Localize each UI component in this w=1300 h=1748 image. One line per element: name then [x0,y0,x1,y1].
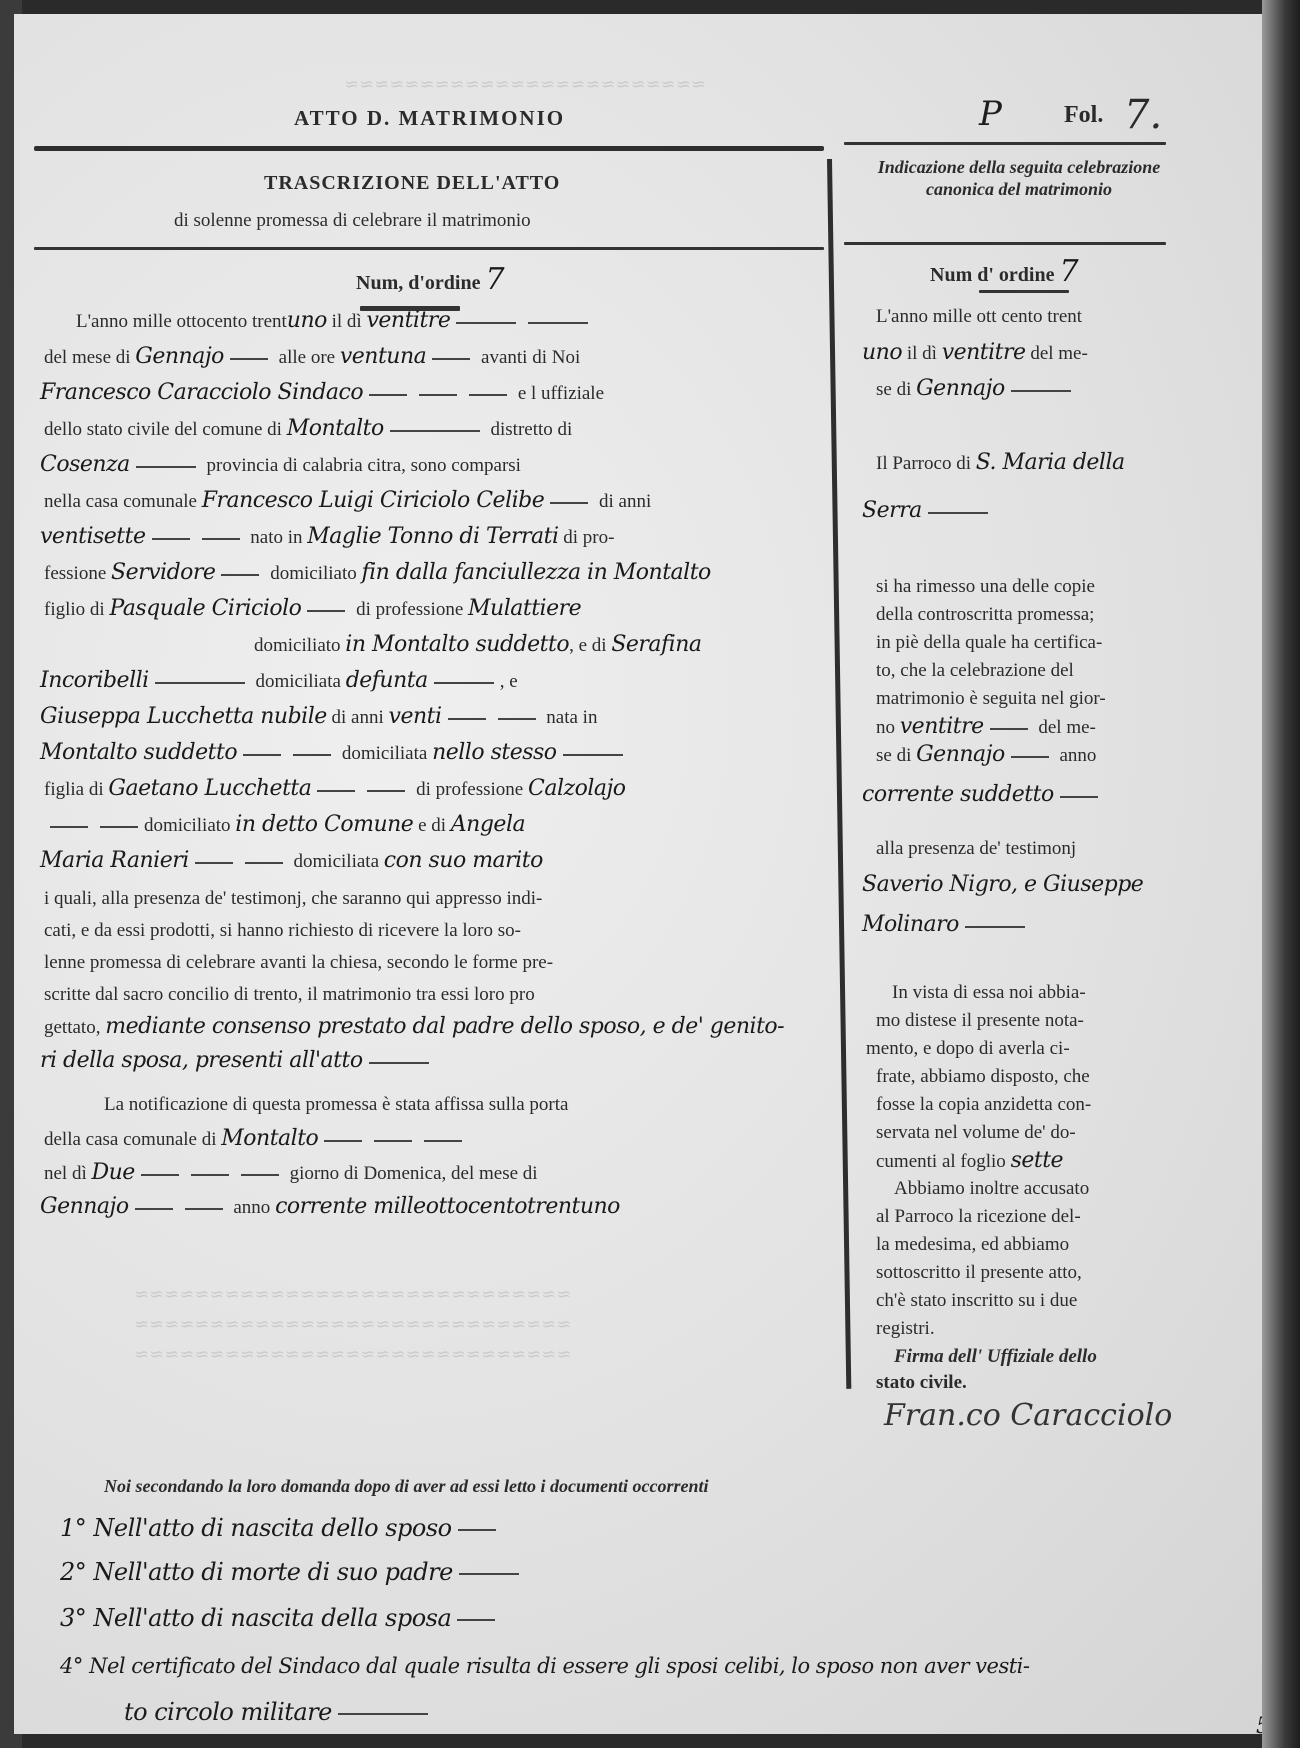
left-heading-rule [34,247,824,250]
paragraph-line: cati, e da essi prodotti, si hanno richi… [44,918,521,944]
folio-label: Fol. [1064,102,1103,129]
notification-line: della casa comunale di Montalto [44,1126,468,1153]
folio-number: 7. [1124,92,1162,138]
document-page: ≈≈≈≈≈≈≈≈≈≈≈≈≈≈≈≈≈≈≈≈≈≈≈≈ ≈≈≈≈≈≈≈≈≈≈≈≈≈≈≈… [14,14,1276,1734]
bleed-through-text: ≈≈≈≈≈≈≈≈≈≈≈≈≈≈≈≈≈≈≈≈≈≈≈≈≈≈≈≈≈ [134,1344,571,1365]
form-line: del mese di Gennajo alle ore ventuna ava… [44,344,580,371]
right-form-line: alla presenza de' testimonj [876,836,1076,862]
right-form-line: se di Gennajo [876,376,1077,403]
right-form-line: In vista di essa noi abbia- [892,980,1086,1006]
right-form-line: corrente suddetto [862,782,1104,809]
right-form-line: la medesima, ed abbiamo [876,1232,1069,1258]
right-form-line: Il Parroco di S. Maria della [876,450,1125,477]
notification-line: Gennajo anno corrente milleottocentotren… [40,1194,620,1221]
form-line: Francesco Caracciolo Sindaco e l uffizia… [40,380,604,407]
paragraph-line: scritte dal sacro concilio di trento, il… [44,982,535,1008]
num-ordine-label: Num, d'ordine [356,272,480,294]
paragraph-line: gettato, mediante consenso prestato dal … [44,1014,784,1041]
right-form-line: Molinaro [862,912,1031,939]
right-form-line: cumenti al foglio sette [876,1148,1063,1175]
form-line: Montalto suddetto domiciliata nello stes… [40,740,629,767]
right-form-line: uno il dì ventitre del me- [862,340,1088,367]
right-form-line: Saverio Nigro, e Giuseppe [862,872,1143,899]
num-ordine-value: 7 [1059,254,1078,289]
folio-mark: P [979,94,1001,134]
right-form-line: Abbiamo inoltre accusato [894,1176,1089,1202]
right-form-line: Serra [862,498,994,525]
form-line: Incoribelli domiciliata defunta, e [40,668,518,695]
right-form-line: mento, e dopo di averla ci- [866,1036,1070,1062]
right-form-line: stato civile. [876,1370,967,1396]
form-line: Cosenza provincia di calabria citra, son… [40,452,521,479]
right-form-line: to, che la celebrazione del [876,658,1074,684]
paragraph-line: lenne promessa di celebrare avanti la ch… [44,950,553,976]
right-form-line: ch'è stato inscritto su i due [876,1288,1077,1314]
document-item: 3° Nell'atto di nascita della sposa [60,1604,501,1632]
form-line: domiciliato in detto Comune e di Angela [44,812,525,839]
right-form-line: Firma dell' Uffiziale dello [894,1344,1097,1370]
right-form-line: della controscritta promessa; [876,602,1094,628]
num-ordine-value: 7 [485,262,504,297]
form-line: figlia di Gaetano Lucchetta di professio… [44,776,626,803]
document-item: 1° Nell'atto di nascita dello sposo [60,1514,502,1542]
bleed-through-text: ≈≈≈≈≈≈≈≈≈≈≈≈≈≈≈≈≈≈≈≈≈≈≈≈≈≈≈≈≈ [134,1284,571,1305]
form-line: dello stato civile del comune di Montalt… [44,416,572,443]
form-line: nella casa comunale Francesco Luigi Ciri… [44,488,651,515]
right-form-line: si ha rimesso una delle copie [876,574,1095,600]
form-line: Giuseppa Lucchetta nubile di anni venti … [40,704,597,731]
notification-line: La notificazione di questa promessa è st… [104,1092,568,1118]
document-item: to circolo militare [124,1698,434,1726]
right-form-line: servata nel volume de' do- [876,1120,1076,1146]
right-form-line: no ventitre del me- [876,714,1096,741]
form-line: fessione Servidore domiciliato fin dalla… [44,560,711,587]
document-item: 4° Nel certificato del Sindaco dal quale… [60,1654,1029,1678]
left-num-ordine: Num, d'ordine 7 [356,262,504,297]
scan-right-edge [1262,0,1300,1748]
right-heading-rule [844,242,1166,245]
num-ordine-label: Num d' ordine [930,264,1054,286]
form-line: ventisette nato in Maglie Tonno di Terra… [40,524,614,551]
notification-line: nel dì Due giorno di Domenica, del mese … [44,1160,538,1187]
paragraph-line: ri della sposa, presenti all'atto [40,1048,435,1075]
right-form-line: fosse la copia anzidetta con- [876,1092,1091,1118]
right-form-line: al Parroco la ricezione del- [876,1204,1081,1230]
right-form-line: se di Gennajo anno [876,742,1096,769]
right-form-line: sottoscritto il presente atto, [876,1260,1082,1286]
right-form-line: in piè della quale ha certifica- [876,630,1102,656]
right-column-title: Indicazione della seguita celebrazione c… [859,156,1179,200]
form-line: L'anno mille ottocento trentuno il dì ve… [76,308,594,335]
document-header-title: ATTO D. MATRIMONIO [294,106,565,131]
documents-heading: Noi secondando la loro domanda dopo di a… [104,1476,709,1497]
form-line: domiciliato in Montalto suddetto, e di S… [254,632,702,659]
right-form-line: L'anno mille ott cento trent [876,304,1082,330]
form-line: Maria Ranieri domiciliata con suo marito [40,848,543,875]
bleed-through-text: ≈≈≈≈≈≈≈≈≈≈≈≈≈≈≈≈≈≈≈≈≈≈≈≈ [344,74,706,95]
right-form-line: matrimonio è seguita nel gior- [876,686,1106,712]
right-form-line: mo distese il presente nota- [876,1008,1084,1034]
right-num-ordine: Num d' ordine 7 [930,254,1078,289]
form-line: figlio di Pasquale Ciriciolo di professi… [44,596,581,623]
right-num-ordine-underline [979,290,1069,293]
officer-signature: Fran.co Caracciolo [884,1398,1172,1433]
document-item: 2° Nell'atto di morte di suo padre [60,1558,525,1586]
left-column-subtitle: di solenne promessa di celebrare il matr… [174,210,531,232]
left-column-title: TRASCRIZIONE DELL'ATTO [264,172,560,195]
column-divider [827,159,851,1389]
header-double-rule [34,146,824,151]
right-header-rule [844,142,1166,145]
bleed-through-text: ≈≈≈≈≈≈≈≈≈≈≈≈≈≈≈≈≈≈≈≈≈≈≈≈≈≈≈≈≈ [134,1314,571,1335]
right-form-line: frate, abbiamo disposto, che [876,1064,1090,1090]
right-form-line: registri. [876,1316,935,1342]
paragraph-line: i quali, alla presenza de' testimonj, ch… [44,886,542,912]
